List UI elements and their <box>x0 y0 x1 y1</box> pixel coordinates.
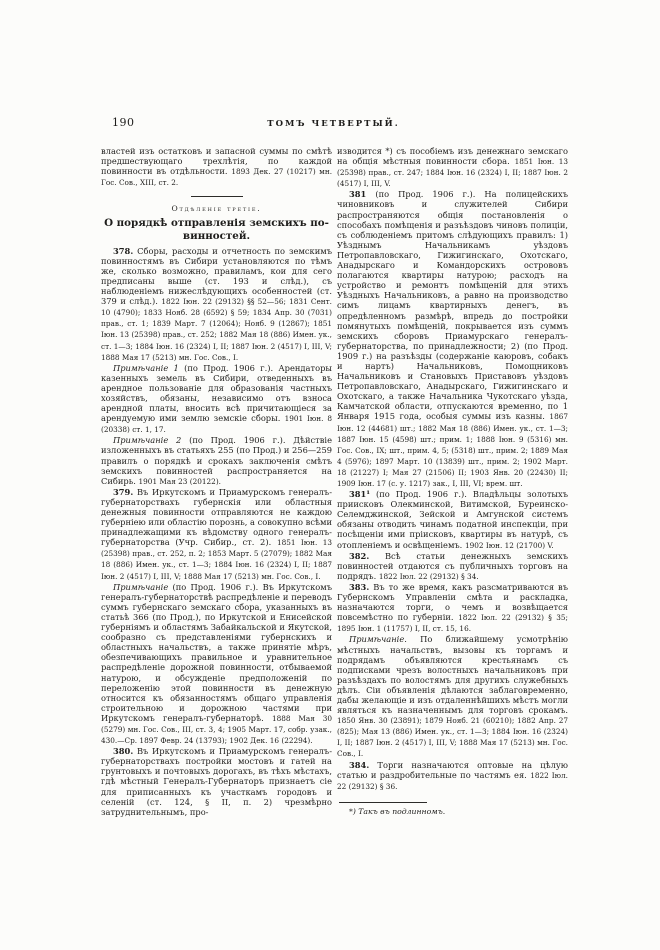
article-number: 381¹ <box>349 489 370 499</box>
paragraph-note-1: Примѣчаніе 1 (по Прод. 1906 г.). Арендат… <box>101 363 332 436</box>
paragraph-body: По ближайшему усмотрѣнію мѣстныхъ началь… <box>337 634 568 715</box>
paragraph-article-383: 383. Въ то же время, какъ разсматриваютс… <box>337 582 568 634</box>
citation: 1902 Іюн. 12 (21700) V. <box>465 541 554 550</box>
article-number: 380. <box>113 746 133 756</box>
citation: 1901 Мая 23 (20122). <box>139 477 221 486</box>
article-number: 383. <box>349 582 369 592</box>
paragraph-article-381-1: 381¹ (по Прод. 1906 г.). Владѣльцы золот… <box>337 489 568 551</box>
citation: 1850 Янв. 30 (23891); 1879 Нояб. 21 (602… <box>337 716 568 758</box>
note-label: Примѣчаніе 1 <box>113 363 179 373</box>
note-label: Примѣчаніе <box>113 582 168 592</box>
running-title: ТОМЪ ЧЕТВЕРТЫЙ. <box>100 119 567 129</box>
paragraph-article-378: 378. Сборы, расходы и отчетность по земс… <box>101 246 332 363</box>
paragraph-article-382: 382. Всѣ статьи денежныхъ земскихъ повин… <box>337 551 568 582</box>
paragraph-note-2: Примѣчаніе 2 (по Прод. 1906 г.). Дѣйстві… <box>101 435 332 486</box>
citation: 1822 Іюл. 22 (29132) § 34. <box>379 572 479 581</box>
footnote-rule <box>339 802 427 803</box>
section-kicker: Отдѣленіе третіе. <box>101 204 332 214</box>
citation: 1867 Іюн. 12 (44681) шт.; 1882 Мая 18 (8… <box>337 412 568 488</box>
footnote: *) Такъ въ подлинномъ. <box>337 807 568 817</box>
article-number: 382. <box>349 551 369 561</box>
paragraph-article-384: 384. Торги назначаются оптовые на цѣлую … <box>337 760 568 792</box>
section-heading: О порядкѣ отправленія земскихъ по- винно… <box>101 217 332 242</box>
section-heading-line1: О порядкѣ отправленія земскихъ по- <box>104 217 329 229</box>
article-number: 384. <box>349 760 369 770</box>
citation: 1822 Іюн. 22 (29132) §§ 52—56; 1831 Сент… <box>101 297 332 361</box>
book-page: 190 ТОМЪ ЧЕТВЕРТЫЙ. властей изъ остатков… <box>0 0 660 950</box>
paragraph-article-379: 379. Въ Иркутскомъ и Приамурскомъ генера… <box>101 487 332 582</box>
paragraph-note-383: Примѣчаніе. По ближайшему усмотрѣнію мѣс… <box>337 634 568 759</box>
left-column: властей изъ остатковъ и запасной суммы п… <box>101 146 332 817</box>
paragraph-body: (по Прод. 1906 г.). Въ Иркутскомъ генера… <box>101 582 332 723</box>
note-label: Примѣчаніе 2 <box>113 435 181 445</box>
paragraph-body: Въ Иркутскомъ и Приамурскомъ генералъ-гу… <box>101 746 332 817</box>
paragraph-continuation-right: изводится *) съ пособіемъ изъ денежнаго … <box>337 146 568 189</box>
paragraph-note-379: Примѣчаніе (по Прод. 1906 г.). Въ Иркутс… <box>101 582 332 747</box>
note-label: Примѣчаніе. <box>349 634 407 644</box>
right-column: изводится *) съ пособіемъ изъ денежнаго … <box>337 146 568 817</box>
paragraph-article-381: 381 (по Прод. 1906 г.). На полицейскихъ … <box>337 189 568 489</box>
paragraph-continuation-left: властей изъ остатковъ и запасной суммы п… <box>101 146 332 188</box>
article-number: 381 <box>349 189 366 199</box>
paragraph-article-380: 380. Въ Иркутскомъ и Приамурскомъ генера… <box>101 746 332 817</box>
section-heading-line2: винностей. <box>183 230 250 242</box>
paragraph-body: (по Прод. 1906 г.). На полицейскихъ чино… <box>337 189 568 421</box>
article-number: 378. <box>113 246 133 256</box>
running-head: 190 ТОМЪ ЧЕТВЕРТЫЙ. <box>100 116 567 132</box>
section-divider-rule <box>191 196 243 197</box>
article-number: 379. <box>113 487 133 497</box>
